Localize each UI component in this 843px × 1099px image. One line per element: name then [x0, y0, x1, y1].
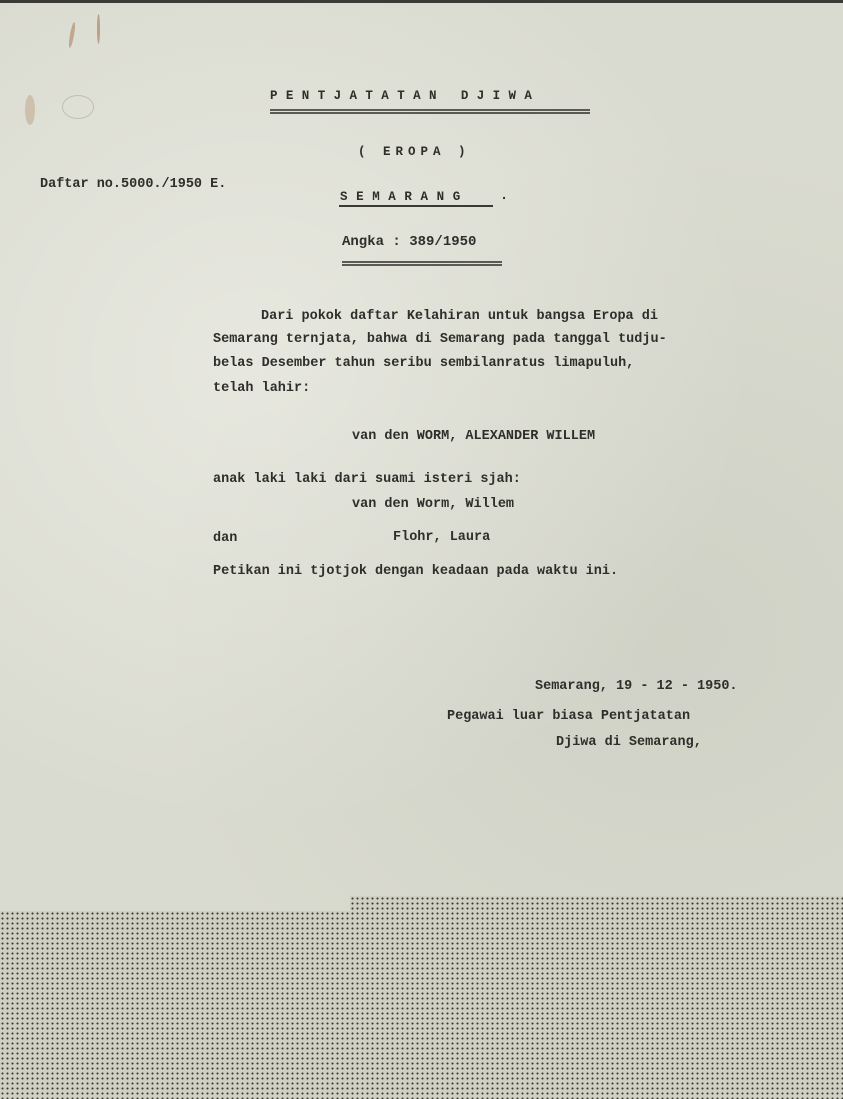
record-number-double-underline — [342, 261, 502, 266]
signatory-line-2: Djiwa di Semarang, — [556, 735, 702, 751]
father-name: van den Worm, Willem — [352, 497, 514, 513]
record-number: Angka : 389/1950 — [342, 234, 476, 250]
and-word: dan — [213, 531, 237, 547]
city-underline — [339, 205, 493, 207]
title-double-underline — [270, 109, 590, 114]
city-period: . — [500, 189, 508, 205]
city-heading: SEMARANG — [340, 189, 469, 205]
unloaded-image-region — [0, 911, 843, 1099]
document-paper: PENTJATATAN DJIWA ( EROPA ) Daftar no.50… — [0, 0, 843, 911]
body-line-3: belas Desember tahun seribu sembilanratu… — [213, 356, 634, 372]
register-number: Daftar no.5000./1950 E. — [40, 177, 226, 193]
document-title: PENTJATATAN DJIWA — [270, 88, 540, 104]
rust-stain — [68, 22, 76, 48]
paper-edge — [0, 0, 843, 3]
document-subtitle: ( EROPA ) — [358, 144, 471, 160]
unloaded-image-region — [350, 896, 843, 911]
certification-line: Petikan ini tjotjok dengan keadaan pada … — [213, 564, 618, 580]
body-line-2: Semarang ternjata, bahwa di Semarang pad… — [213, 332, 667, 348]
rust-stain — [97, 14, 100, 44]
parents-intro: anak laki laki dari suami isteri sjah: — [213, 472, 521, 488]
signatory-line-1: Pegawai luar biasa Pentjatatan — [447, 709, 690, 725]
body-line-1: Dari pokok daftar Kelahiran untuk bangsa… — [261, 309, 658, 325]
rust-stain — [25, 95, 35, 125]
place-and-date: Semarang, 19 - 12 - 1950. — [535, 679, 738, 695]
body-line-4: telah lahir: — [213, 381, 310, 397]
faded-stamp-mark — [62, 95, 94, 119]
child-name: van den WORM, ALEXANDER WILLEM — [352, 429, 595, 445]
mother-name: Flohr, Laura — [393, 530, 490, 546]
